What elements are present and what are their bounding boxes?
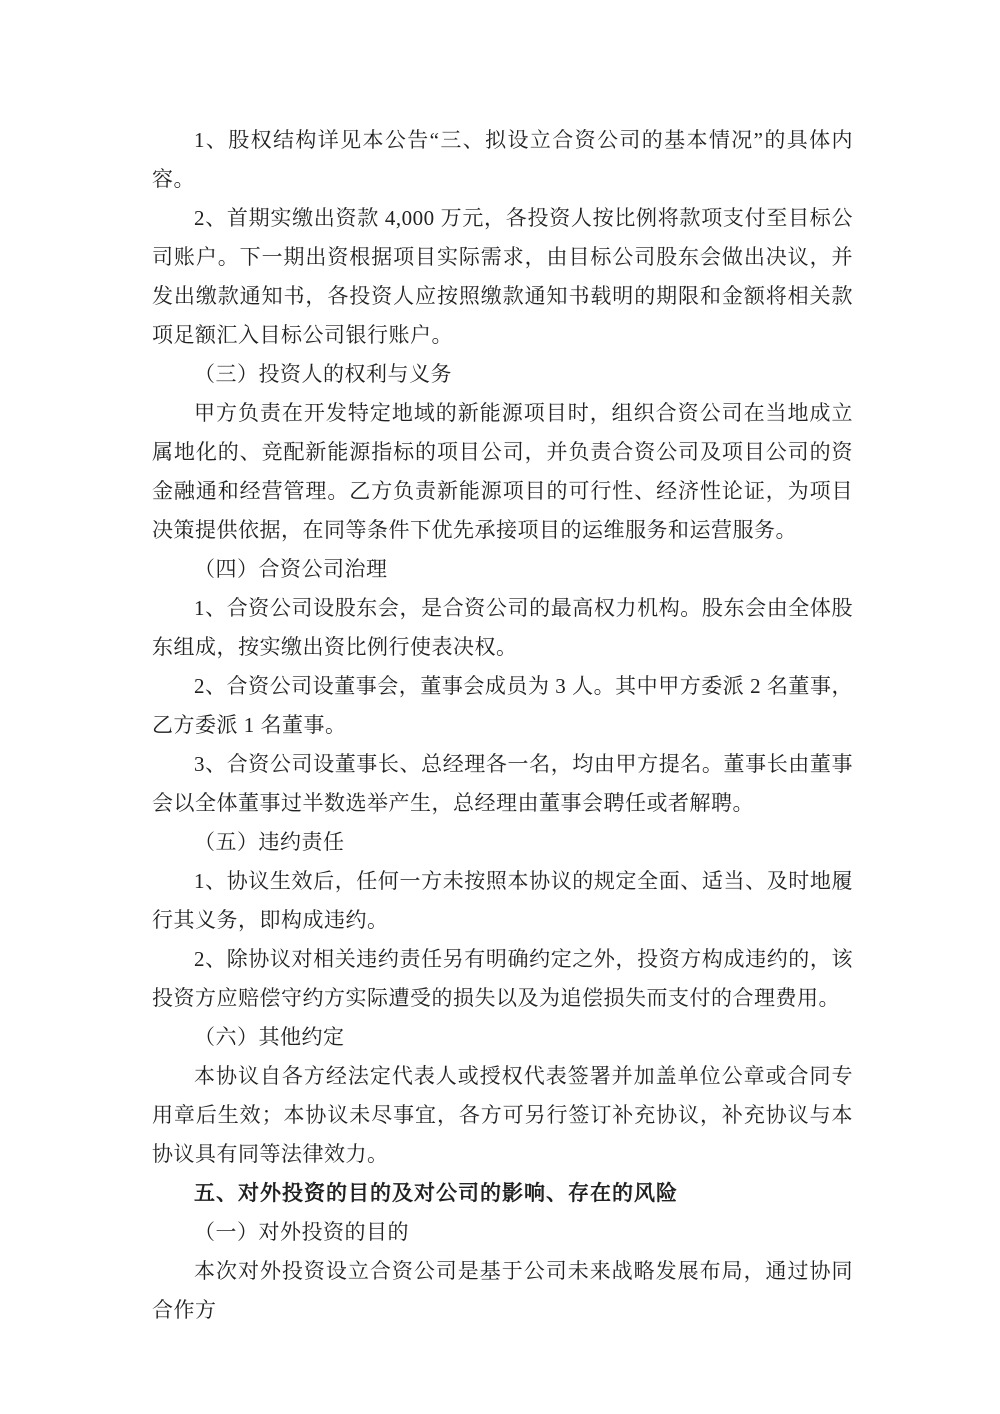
- section-heading-jv-governance: （四）合资公司治理: [152, 550, 853, 589]
- item-shareholders-meeting: 1、合资公司设股东会，是合资公司的最高权力机构。股东会由全体股东组成，按实缴出资…: [152, 589, 853, 667]
- item-board-of-directors: 2、合资公司设董事会，董事会成员为 3 人。其中甲方委派 2 名董事，乙方委派 …: [152, 667, 853, 745]
- para-party-a-b-responsibilities: 甲方负责在开发特定地域的新能源项目时，组织合资公司在当地成立属地化的、竞配新能源…: [152, 394, 853, 550]
- section-heading-investment-purpose: （一）对外投资的目的: [152, 1213, 853, 1252]
- document-body: 1、股权结构详见本公告“三、拟设立合资公司的基本情况”的具体内容。 2、首期实缴…: [152, 121, 853, 1330]
- document-page: 1、股权结构详见本公告“三、拟设立合资公司的基本情况”的具体内容。 2、首期实缴…: [0, 0, 1000, 1414]
- item-breach-compensation: 2、除协议对相关违约责任另有明确约定之外，投资方构成违约的，该投资方应赔偿守约方…: [152, 940, 853, 1018]
- para-agreement-effectiveness: 本协议自各方经法定代表人或授权代表签署并加盖单位公章或合同专用章后生效；本协议未…: [152, 1057, 853, 1174]
- item-equity-structure-reference: 1、股权结构详见本公告“三、拟设立合资公司的基本情况”的具体内容。: [152, 121, 853, 199]
- section-heading-investor-rights-obligations: （三）投资人的权利与义务: [152, 355, 853, 394]
- item-chairman-general-manager: 3、合资公司设董事长、总经理各一名，均由甲方提名。董事长由董事会以全体董事过半数…: [152, 745, 853, 823]
- item-first-installment-payment: 2、首期实缴出资款 4,000 万元，各投资人按比例将款项支付至目标公司账户。下…: [152, 199, 853, 355]
- chapter-heading-investment-purpose-impact-risk: 五、对外投资的目的及对公司的影响、存在的风险: [152, 1174, 853, 1213]
- item-breach-definition: 1、协议生效后，任何一方未按照本协议的规定全面、适当、及时地履行其义务，即构成违…: [152, 862, 853, 940]
- section-heading-breach-liability: （五）违约责任: [152, 823, 853, 862]
- section-heading-other-provisions: （六）其他约定: [152, 1018, 853, 1057]
- para-investment-purpose-body: 本次对外投资设立合资公司是基于公司未来战略发展布局，通过协同合作方: [152, 1252, 853, 1330]
